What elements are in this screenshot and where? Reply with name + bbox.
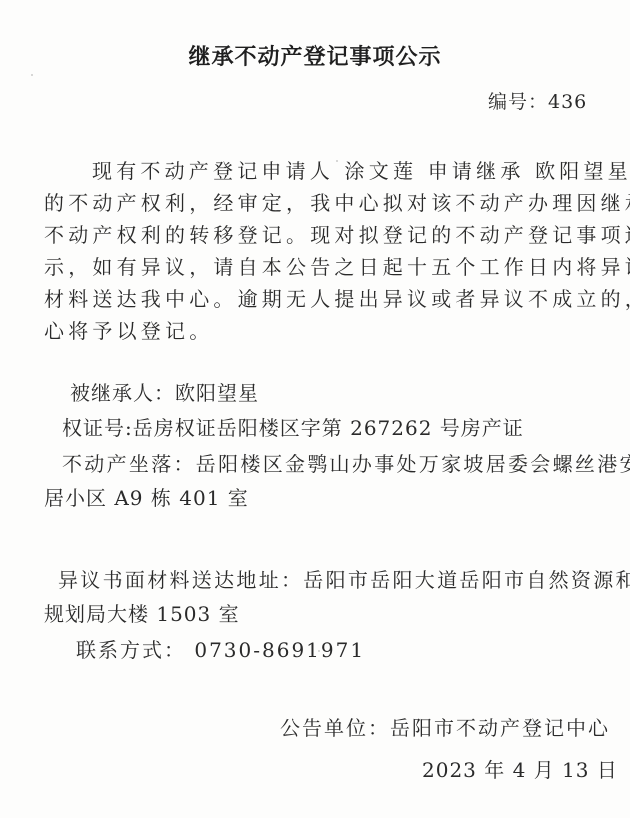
- scan-speck: [330, 458, 332, 460]
- body-line-4: 示，如有异议，请自本公告之日起十五个工作日内将异议书面: [44, 251, 630, 283]
- body-line-2: 的不动产权利，经审定，我中心拟对该不动产办理因继承取得: [44, 187, 630, 219]
- page-title: 继承不动产登记事项公示: [0, 40, 630, 71]
- body-line-5: 材料送达我中心。逾期无人提出异议或者异议不成立的，我中: [44, 283, 630, 315]
- contact-field: 联系方式： 0730-8691971: [76, 634, 365, 666]
- scan-speck: [318, 650, 320, 652]
- issuer-field: 公告单位：岳阳市不动产登记中心: [280, 712, 610, 744]
- location-field-line-1: 不动产坐落：岳阳楼区金鹗山办事处万家坡居委会螺丝港安: [62, 448, 630, 480]
- certificate-field: 权证号:岳房权证岳阳楼区字第 267262 号房产证: [62, 412, 524, 444]
- body-line-1: 现有不动产登记申请人 涂文莲 申请继承 欧阳望星: [92, 155, 630, 187]
- objection-address-line-1: 异议书面材料送达地址：岳阳市岳阳大道岳阳市自然资源和: [58, 564, 630, 596]
- serial-number: 编号：436: [488, 87, 587, 114]
- body-line-6: 心将予以登记。: [44, 315, 213, 347]
- decedent-field: 被继承人：欧阳望星: [70, 377, 259, 409]
- objection-address-line-2: 规划局大楼 1503 室: [44, 598, 240, 630]
- location-field-line-2: 居小区 A9 栋 401 室: [44, 482, 249, 514]
- date-field: 2023 年 4 月 13 日: [422, 754, 618, 786]
- scan-speck: [31, 74, 33, 76]
- body-line-3: 不动产权利的转移登记。现对拟登记的不动产登记事项进行公: [44, 219, 630, 251]
- scan-speck: [336, 160, 338, 162]
